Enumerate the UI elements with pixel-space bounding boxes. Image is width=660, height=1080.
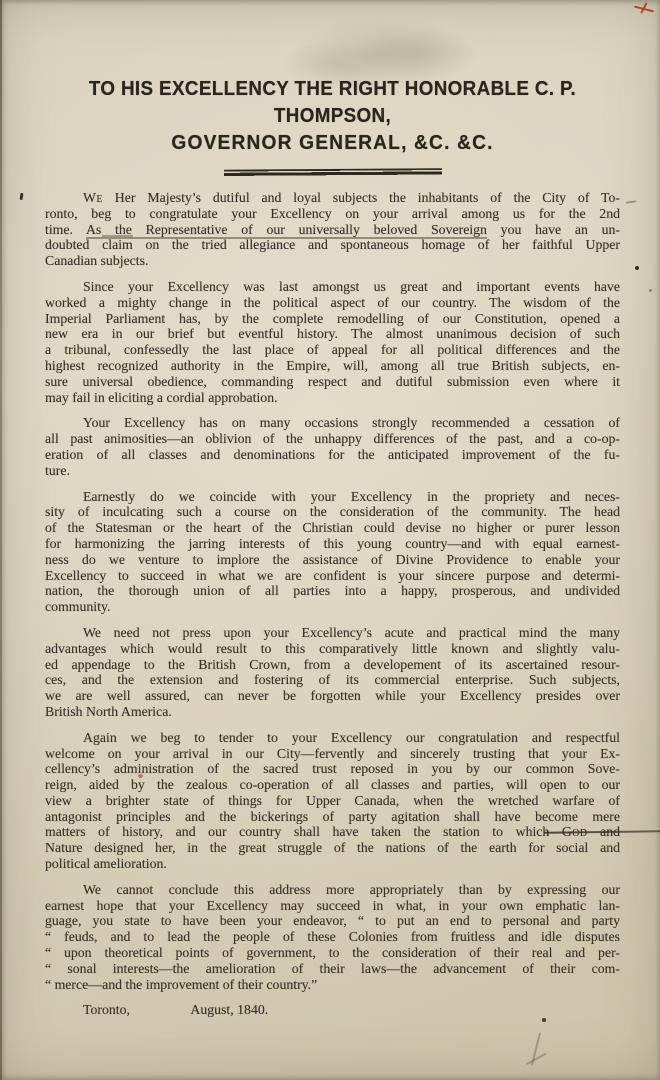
text-line: sity of inculcating such a course on the… [45,504,620,520]
text-line: Since your Excellency was last amongst u… [45,279,620,295]
printed-sheet: TO HIS EXCELLENCY THE RIGHT HONORABLE C.… [45,76,620,1018]
red-x-mark [634,2,654,16]
text-line: sure universal obedience, commanding res… [45,374,620,390]
ink-speck-left-margin [20,193,24,200]
text-line: may fail in eliciting a cordial approbat… [45,390,620,406]
text-line: highest recognized authority in the Empi… [45,358,620,374]
text-line: Imperial Parliament has, by the complete… [45,311,620,327]
paragraph: Earnestly do we coincide with your Excel… [45,489,620,615]
text-line: for harmonizing the jarring interests of… [45,536,620,552]
text-line: all past animosities—an oblivion of the … [45,431,620,447]
text-line: new era in our brief but eventful histor… [45,326,620,342]
text-line: matters of history, and our country shal… [45,824,620,840]
text-line: guage, you state to have been your endea… [45,913,620,929]
red-speck [138,774,143,778]
pencil-squiggle-bottom-right [523,1032,549,1076]
text-line: “ merce—and the improvement of their cou… [45,977,620,993]
text-line: Again we beg to tender to your Excellenc… [45,730,620,746]
text-line: antagonist principles and the bickerings… [45,809,620,825]
double-rule-divider [223,168,441,177]
text-line: reign, aided by the zealous co-operation… [45,777,620,793]
text-line: nation, the thorough union of all partie… [45,583,620,599]
ink-speck-right-margin-2 [649,289,652,292]
text-line: view a brighter state of things for Uppe… [45,793,620,809]
text-line: of the Statesman or the heart of the Chr… [45,520,620,536]
text-line: “ upon theoretical points of government,… [45,945,620,961]
text-line: welcome on your arrival in our City—ferv… [45,746,620,762]
ink-speck-right-margin [635,266,639,270]
text-line: “ sonal interests—the amelioration of th… [45,961,620,977]
text-line: ture. [45,463,620,479]
paragraph: Since your Excellency was last amongst u… [45,279,620,405]
text-line: eration of all classes and denominations… [45,447,620,463]
text-line: political amelioration. [45,856,620,872]
ink-speck-bottom [542,1018,546,1022]
text-line: We need not press upon your Excellency’s… [45,625,620,641]
text-line: community. [45,599,620,615]
paragraph: Again we beg to tender to your Excellenc… [45,730,620,872]
text-line: Excellency to succeed in what we are con… [45,568,620,584]
dateline: Toronto, August, 1840. [45,1002,620,1018]
paragraph: We Her Majesty’s dutiful and loyal subje… [45,190,620,269]
text-line: “ feuds, and to lead the people of these… [45,929,620,945]
scanned-broadside-page: TO HIS EXCELLENCY THE RIGHT HONORABLE C.… [0,0,660,1080]
pencil-dash-right-margin [626,200,636,203]
text-line: ness do we venture to implore the assist… [45,552,620,568]
text-line: cellency’s administration of the sacred … [45,761,620,777]
text-line: Canadian subjects. [45,253,620,269]
dateline-place: Toronto, [83,1002,130,1017]
text-line: Your Excellency has on many occasions st… [45,415,620,431]
text-line: Earnestly do we coincide with your Excel… [45,489,620,505]
text-line: ed appendage to the British Crown, from … [45,657,620,673]
text-line: We Her Majesty’s dutiful and loyal subje… [45,190,620,206]
paragraph: Your Excellency has on many occasions st… [45,415,620,478]
text-line: we are well assured, can never be forgot… [45,688,620,704]
text-line: worked a mighty change in the political … [45,295,620,311]
text-line: a tribunal, confessedly the last place o… [45,342,620,358]
document-title: TO HIS EXCELLENCY THE RIGHT HONORABLE C.… [45,76,620,156]
dateline-date: August, 1840. [190,1002,268,1017]
paragraph: We cannot conclude this address more app… [45,882,620,993]
document-body: We Her Majesty’s dutiful and loyal subje… [45,190,620,992]
text-line: ronto, beg to congratulate your Excellen… [45,206,620,222]
text-line: British North America. [45,704,620,720]
text-line: advantages which would result to this co… [45,641,620,657]
text-line: doubted claim on the tried allegiance an… [45,237,620,253]
paper-edge-shadow [0,0,2,1080]
text-line: earnest hope that your Excellency may su… [45,898,620,914]
text-line: We cannot conclude this address more app… [45,882,620,898]
text-line: Nature designed her, in the great strugg… [45,840,620,856]
title-line-2: GOVERNOR GENERAL, &C. &C. [57,130,609,156]
title-line-1: TO HIS EXCELLENCY THE RIGHT HONORABLE C.… [62,76,603,130]
text-line: ces, and the extension and fostering of … [45,672,620,688]
paragraph: We need not press upon your Excellency’s… [45,625,620,720]
